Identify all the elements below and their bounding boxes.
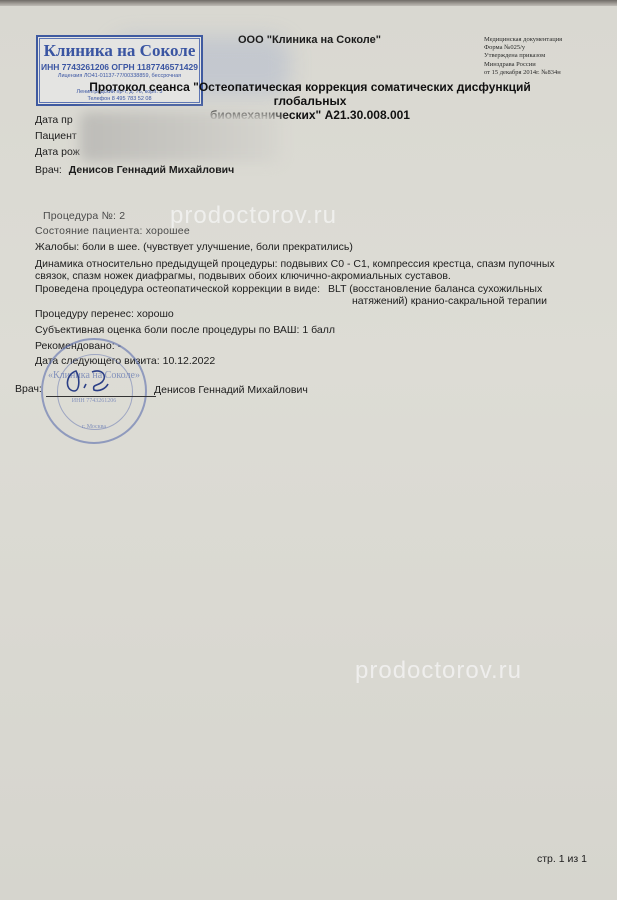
patient-label: Пациент	[35, 130, 77, 142]
birth-date-label: Дата рож	[35, 146, 80, 158]
page-number: стр. 1 из 1	[537, 853, 587, 865]
doctor-label: Врач:	[35, 164, 62, 176]
dynamics-line-2: связок, спазм ножек диафрагмы, подвывих …	[35, 270, 451, 282]
organization-name: ООО "Клиника на Соколе"	[238, 34, 381, 46]
handwritten-signature-icon	[62, 366, 122, 396]
form-line: Медицинская документация	[484, 36, 562, 44]
signature-line	[46, 396, 156, 397]
pain-score: Субъективная оценка боли после процедуры…	[35, 324, 335, 336]
signature-name: Денисов Геннадий Михайлович	[154, 384, 308, 396]
title-line-1: Протокол сеанса "Остеопатическая коррекц…	[60, 80, 560, 108]
stamp-inn: ИНН 7743261206 ОГРН 1187746571429	[38, 62, 201, 72]
visit-date-label: Дата пр	[35, 114, 73, 126]
seal-inn: ИНН 7743261206	[43, 398, 145, 404]
patient-condition: Состояние пациента: хорошее	[35, 225, 190, 237]
form-line: Форма №025/у	[484, 44, 562, 52]
signature-label: Врач:	[15, 383, 42, 395]
watermark: prodoctorov.ru	[355, 657, 522, 685]
medical-form-info: Медицинская документация Форма №025/у Ут…	[484, 36, 562, 77]
form-line: Минздрава России	[484, 61, 562, 69]
doctor-line: Врач: Денисов Геннадий Михайлович	[35, 164, 234, 176]
complaints: Жалобы: боли в шее. (чувствует улучшение…	[35, 241, 353, 253]
doctor-name: Денисов Геннадий Михайлович	[69, 164, 234, 176]
form-line: Утверждена приказом	[484, 52, 562, 60]
stamp-license: Лицензия ЛО41-01137-77/00338859, бессроч…	[38, 73, 201, 79]
procedure-number: Процедура №: 2	[43, 210, 125, 222]
dynamics-line-1: Динамика относительно предыдущей процеду…	[35, 258, 555, 270]
tolerance: Процедуру перенес: хорошо	[35, 308, 174, 320]
performed-line-1: BLT (восстановление баланса сухожильных	[328, 283, 542, 295]
performed-label: Проведена процедура остеопатической корр…	[35, 283, 320, 295]
form-line: от 15 декабря 2014г. №834н	[484, 69, 562, 77]
performed-line-2: натяжений) кранио-сакральной терапии	[352, 295, 547, 307]
redacted-patient-info	[80, 112, 280, 162]
seal-city: г. Москва	[43, 424, 145, 430]
watermark: prodoctorov.ru	[170, 202, 337, 230]
stamp-title: Клиника на Соколе	[38, 41, 201, 61]
